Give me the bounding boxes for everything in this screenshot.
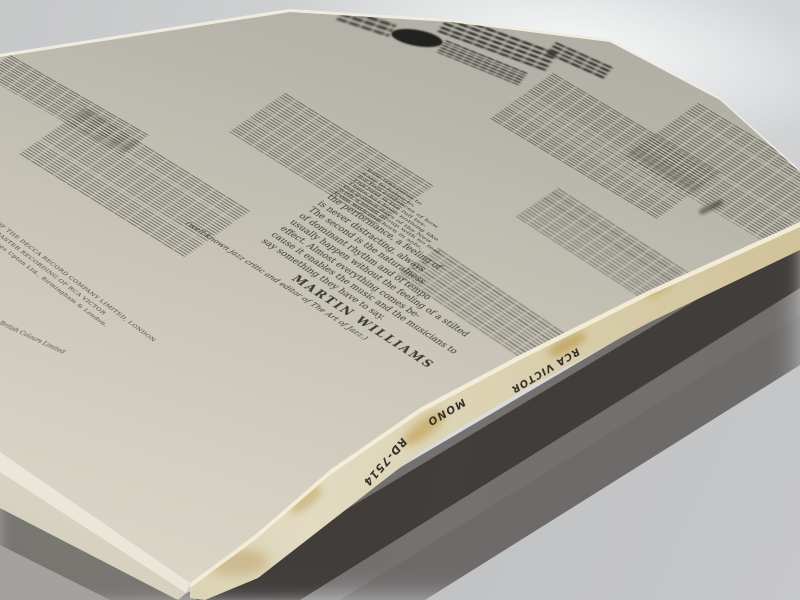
album-title-blurred-far-right	[547, 42, 613, 79]
photo-lp-back-cover: { "photo_subject": "Back cover of a mono…	[0, 0, 800, 600]
printer-credit-line: by British Colours Limited	[0, 316, 67, 355]
fine-print-line: OF THE DECCA RECORD COMPANY LIMITED, LON…	[0, 220, 158, 344]
liner-notes-legible-column: new treasures to easy to listen to. for …	[228, 168, 551, 381]
record-label-logo-oval	[390, 26, 444, 51]
